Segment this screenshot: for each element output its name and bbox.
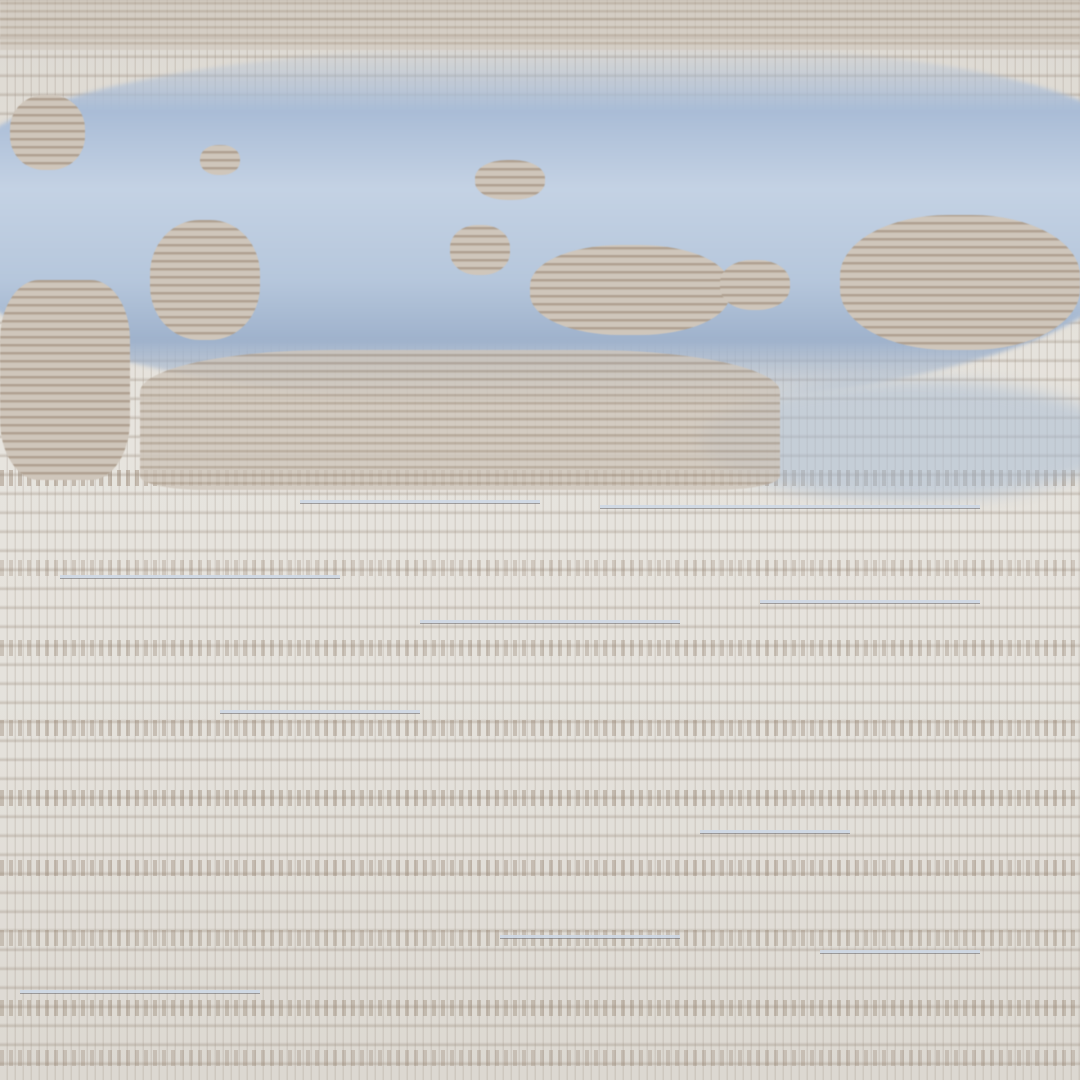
- silver-thread: [820, 950, 980, 953]
- taupe-stitch-row: [0, 720, 1080, 736]
- taupe-island: [840, 215, 1080, 350]
- taupe-stitch-row: [0, 1000, 1080, 1016]
- taupe-stitch-row: [0, 930, 1080, 946]
- silver-thread: [420, 620, 680, 623]
- taupe-island: [150, 220, 260, 340]
- silver-thread: [220, 710, 420, 713]
- taupe-top-edge: [0, 0, 1080, 50]
- taupe-island: [200, 145, 240, 175]
- taupe-stitch-row: [0, 790, 1080, 806]
- taupe-stitch-row: [0, 1050, 1080, 1066]
- silver-thread: [60, 575, 340, 578]
- taupe-island: [530, 245, 730, 335]
- silver-thread: [300, 500, 540, 503]
- silver-thread: [20, 990, 260, 993]
- silver-thread: [760, 600, 980, 603]
- silver-thread: [600, 505, 980, 508]
- taupe-island: [450, 225, 510, 275]
- taupe-island: [0, 280, 130, 480]
- taupe-stitch-row: [0, 560, 1080, 576]
- taupe-island: [720, 260, 790, 310]
- taupe-island: [10, 95, 85, 170]
- taupe-island: [140, 350, 780, 490]
- rug-texture-image: [0, 0, 1080, 1080]
- taupe-stitch-row: [0, 640, 1080, 656]
- silver-thread: [700, 830, 850, 833]
- silver-thread: [500, 935, 680, 938]
- taupe-stitch-row: [0, 860, 1080, 876]
- taupe-island: [475, 160, 545, 200]
